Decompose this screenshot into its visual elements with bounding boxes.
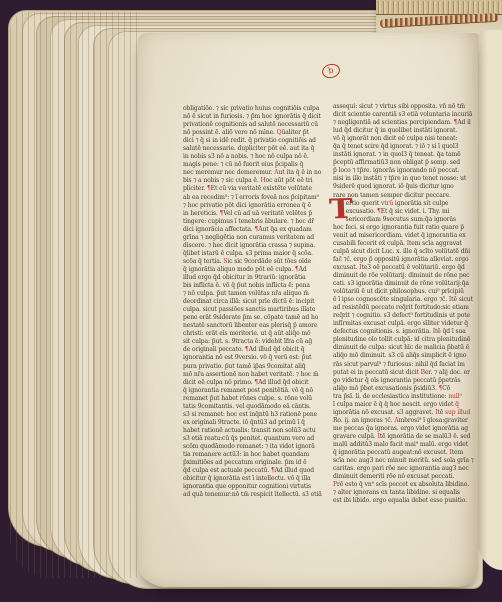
text-line: 9siderē quod ignorat. iō q̄uis dicitur i… <box>333 183 481 191</box>
text-line: nec meremur nec demeremur. Aut ita q̄ ē … <box>183 169 322 177</box>
text-line: volūtariū ē ut dicit philosophus. cui⁹ p… <box>333 288 481 296</box>
text-line: deordinat̄ circa illā: sicut prīe dictū … <box>183 298 322 306</box>
text-line: in hereticis. ¶Vel cū ad uā veritatē vol… <box>183 210 322 218</box>
text-line: hoc feci. si ergo ignorantia fuit ratio … <box>333 224 481 232</box>
text-line: sit culpa: p̄ut. s. 9tracta ē: videbit̄ … <box>183 338 322 346</box>
text-line: mō nr̄a assertionē non habet veritatē. ⁊… <box>183 371 322 379</box>
text-line: ⁊ hoc privatio pōt dici ignorātia errone… <box>183 202 322 210</box>
text-line: pura privatio. p̄ut tamē ip̄as 9comitat̄… <box>183 363 322 371</box>
text-line: vō q̄ ignorāt non dicit eē culpa nisi te… <box>333 135 481 143</box>
text-line: illud ergo q̄d obicitur in 9trariū: igno… <box>183 274 322 282</box>
text-line: culpā sicut dicit̄ Luc. x. ille q̄ scīto… <box>333 248 481 256</box>
rubric-initial: T <box>329 196 354 224</box>
text-line: q̄libet istarū ē culpa. s3 prima maior q… <box>183 250 322 258</box>
text-line: dici ignorācia affectata. ¶Aut q̄a ex qu… <box>183 226 322 234</box>
text-line: lud q̄d dicitur q̄ in quolibet instāti i… <box>333 127 481 135</box>
text-line: culpa. sicut passiōes sanctis martiribus… <box>183 306 322 314</box>
text-line: tra p̄sī. li. de ecclesiastica instituti… <box>333 393 481 401</box>
text-line: p̄ceptū affirmatiū3 non obligat p̄ semp.… <box>333 159 481 167</box>
text-line: ad resistēdū peccato req̄rit̄ fortitudo:… <box>333 304 481 312</box>
text-line: ⁊ nō culpa. p̄ut tamen volūtas nr̄a aliq… <box>183 290 322 298</box>
text-line: rare non tamen semper dicitur peccare. <box>333 192 481 200</box>
text-line: in nobis s3 nō a nobis. ⁊ hoc nō culpa n… <box>183 153 322 161</box>
text-column-left: obligatiōe. ⁊ sic privatio huius cogniti… <box>183 105 322 499</box>
text-line: pliciter. ¶Et cū via veritatē existēte v… <box>183 185 322 193</box>
text-line: q̄ ignorātia peccatū augeat:nō excuset. … <box>333 449 481 457</box>
text-line: instāti ignorat. ⁊ in quol3 q̄ teneat̄. … <box>333 151 481 159</box>
text-line: nō ē sicut in furiosis. ⁊ p̄m hoc ignorā… <box>183 113 322 121</box>
text-line: scōa q̄ tertia. Sic sic 9cordāde sūt tōe… <box>183 258 322 266</box>
text-line: defectus cognitionis. s. ignorātia. Itē … <box>333 328 481 336</box>
text-line: putat̄ ei in peccatū sicut dicit Ber. ⁊ … <box>333 369 481 377</box>
text-line: assequi: sicut ⁊ virtus sibi opposita. v… <box>333 103 481 111</box>
text-line: ab ea recedim⁹: ⁊ ī erroris foveā nos p̄… <box>183 194 322 202</box>
text-line: req̄rit̄ ⁊ cognitio. s3 defect⁹ fortitud… <box>333 312 481 320</box>
text-line: cati. s3 ignorātia diminuit de rōne volū… <box>333 280 481 288</box>
text-line: discere. ⁊ hec dicit̄ ignorātia crassa ⁊… <box>183 242 322 250</box>
text-line: venit ad misericordiam. videt̄ q̄ ignora… <box>333 232 481 240</box>
text-line: sericordiam 9secutus sum:q̄a ignorās <box>333 216 481 224</box>
text-line: scīa nec aug3 nec minuit meritū. sed sol… <box>333 457 481 465</box>
quire-mark-letter: b <box>328 66 335 75</box>
text-line: aliq̄o mō diminuit. s3 cū aliq̄s simplic… <box>333 352 481 360</box>
text-line: obligatiōe. ⁊ sic privatio huius cogniti… <box>183 105 322 113</box>
text-line: bis ⁊ a nobis ⁊ sic culpa ē. Hoc aūt pōt… <box>183 177 322 185</box>
text-line: ignorantia nō est 9versio. vō q̄ verū es… <box>183 354 322 362</box>
text-line: nō possint ē. aliō vero nō mīne. Qūalite… <box>183 129 322 137</box>
photo-background: b obligatiōe. ⁊ sic privatio huius cogni… <box>0 0 502 602</box>
text-line: aliq̄o mō p̄bet excusationis p̄sidiū3. ¶… <box>333 385 481 393</box>
text-line: s3 etiā reatu:cū q̄s penitet. quantum ve… <box>183 435 322 443</box>
text-line: ī culpa maior ē q̄ q̄ hoc nescit. ergo v… <box>333 401 481 409</box>
text-line: magis pene: ⁊ cū nō fuerit eius p̄cipali… <box>183 161 322 169</box>
text-line: ē ī ipso cognoscēte singularia. ergo ⁊c̄… <box>333 296 481 304</box>
text-line: fac̄ ⁊c̄. ergo p̄ oppositū ignorātia all… <box>333 256 481 264</box>
text-line: cusabili fecerit ex̄ culpā. Item scīa ag… <box>333 240 481 248</box>
text-line: ⁊ negligentiā ad scientias percipiendam.… <box>333 119 481 127</box>
text-line: est ibi libido. ergo equalia debet esse … <box>333 497 481 505</box>
quire-mark: b <box>321 62 342 80</box>
text-line: s3 si remanet: hoc est inq̄ntū h3 ration… <box>183 411 322 419</box>
text-line: Prē esto q̄ vn⁹ scīs peccet ex absoluta … <box>333 481 481 489</box>
text-line: remanet p̄ut habet rōnes culpe. s. rōne … <box>183 395 322 403</box>
text-line: caritas. ergo pari rōe nec ignorantia au… <box>333 465 481 473</box>
text-line: obicitur q̄ ignorātia est ī intellectu. … <box>183 475 322 483</box>
text-line: nisi in illo instāti ⁊ tp̄re in quo tene… <box>333 175 481 183</box>
text-line: p̄ximitiōes ad peccatum originale. p̄m i… <box>183 459 322 467</box>
text-line: ⁊ alter ignorans ex tanta libidine. si e… <box>333 489 481 497</box>
text-line: tia remanere actū3: in hoc habet quandam <box>183 451 322 459</box>
text-column-right: assequi: sicut ⁊ virtus sibi opposita. v… <box>333 103 481 505</box>
text-line: pene erāt 9siderate p̄m se. cōpate tamē … <box>183 314 322 322</box>
book-page: b obligatiōe. ⁊ sic privatio huius cogni… <box>138 33 478 587</box>
text-line: de originali peccato. ¶Ad illud q̄d obic… <box>183 346 322 354</box>
text-line: go videtur q̄ oīs ignorantia peccatū p̄p… <box>333 377 481 385</box>
text-line: nestatē sanctorū libenter eas plerisq̄ p… <box>183 322 322 330</box>
text-line: infīrmitas excusat culpā. ergo sīliter v… <box>333 320 481 328</box>
text-line: diminuit de culpa: sicut hīc de malicia … <box>333 344 481 352</box>
text-line: ignorantia que opponitur cognitioni virt… <box>183 483 322 491</box>
text-line: habet rationē actualis: transit non solū… <box>183 427 322 435</box>
text-line: Ro. ij. an ignoras ⁊c̄. Ambrosi⁹ ī glosa… <box>333 417 481 425</box>
text-line: excusat. Ite3 oē peccatū ē volūtariū. er… <box>333 264 481 272</box>
text-line: plenitudine oīo tollit culpā: id citra p… <box>333 336 481 344</box>
text-line: privationē cognitionis ad salutē necessa… <box>183 121 322 129</box>
text-line: gravare culpā. Itē ignorātia de se malū3… <box>333 433 481 441</box>
text-line: excusatio. ¶Et q̄ sic videt̄. i. Thy. mi <box>333 208 481 216</box>
text-line: salutē necessarie. dupliciter pōt eē. au… <box>183 145 322 153</box>
text-line: dici ⁊ q̄ si in idē redit. q̄ privatio c… <box>183 137 322 145</box>
text-line: q̄a q̄ tenet̄ scire q̄d ignorat. ⁊ iō ⁊ … <box>333 143 481 151</box>
headband <box>380 13 498 28</box>
text-line: ignorātia nō excusat. s3 aggravet. Itē s… <box>333 409 481 417</box>
text-line: p̄ loco ⁊ tp̄re. ignorās ignorando nō pe… <box>333 167 481 175</box>
text-line: q̄ ignorantia remanet post penitētiā. vō… <box>183 387 322 395</box>
text-line: diminuit demeriti rōe nō excusat peccati… <box>333 473 481 481</box>
text-line: tatis 9comitantis. vel quodāmodo eā cānt… <box>183 403 322 411</box>
text-line: me peccas q̄a ignoras. ergo videt̄ ignor… <box>333 425 481 433</box>
text-line: grīna ⁊ negligētia non curamus veritatem… <box>183 234 322 242</box>
text-line: q̄d culpa est actuale peccatū. ¶Ad illud… <box>183 467 322 475</box>
text-line: dicit scientie carentiā s3 etiā voluntar… <box>333 111 481 119</box>
text-line: q̄ ignorātia aliquo modo pōt eē culpa. ¶… <box>183 266 322 274</box>
text-line: rās sicut parvul⁹ ⁊ furiosus: nihil q̄d … <box>333 361 481 369</box>
text-line: dicit̄ eē culpa nō primo. ¶Ad illud q̄d … <box>183 379 322 387</box>
text-line: christi: erāt eīs meritorie. ut q̄ aūt a… <box>183 330 322 338</box>
text-line: bis inflicta ē. vō q̄ p̄ut nobis inflict… <box>183 282 322 290</box>
text-line: tingere: cupimus ī tenebris ābulare. ⁊ h… <box>183 218 322 226</box>
text-line: ad quā tenemur:nō tm̄ respicit ītellectū… <box>183 491 322 499</box>
text-line: malū additū3 malo facit mai⁹ malū. ergo … <box>333 441 481 449</box>
text-line: ertio querit̄ vtrū ignorātia sit culpe <box>333 200 481 208</box>
text-line: ex originali 9tracte. iō q̄ntū3 ad primū… <box>183 419 322 427</box>
text-line: scōm quodāmodo remanet: ⁊ ita videt̄ ign… <box>183 443 322 451</box>
text-line: diminuit de rōe volūtarij: diminuit de r… <box>333 272 481 280</box>
